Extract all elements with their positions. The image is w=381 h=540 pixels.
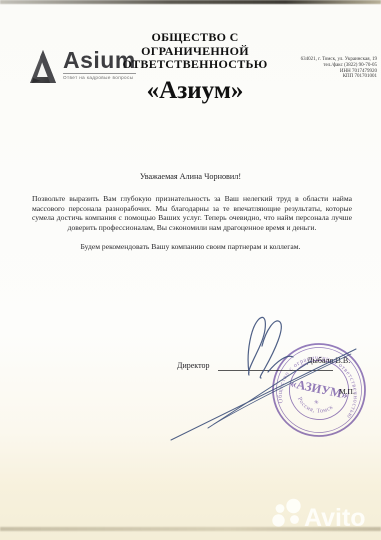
org-form-line3: ОТВЕТСТВЕННОСТЬЮ (105, 58, 285, 72)
stamp-decor-icon: ✳ (313, 399, 319, 407)
avito-dot-icon (286, 499, 300, 513)
photo-top-edge (0, 0, 381, 4)
org-form-line2: ОГРАНИЧЕННОЙ (105, 45, 285, 59)
contact-block: 634021, г. Томск, ул. Украинская, 19 тел… (267, 57, 377, 80)
asium-triangle-icon (29, 48, 59, 86)
contact-kpp: КПП 701701001 (267, 74, 377, 80)
salutation: Уважаемая Алина Чорновил! (0, 172, 381, 181)
letter-paragraph: Позвольте выразить Вам глубокую признате… (32, 194, 352, 232)
avito-dot-icon (290, 515, 299, 524)
org-name: «Азиум» (105, 78, 285, 104)
avito-dot-icon (272, 514, 284, 526)
org-header: ОБЩЕСТВО С ОГРАНИЧЕННОЙ ОТВЕТСТВЕННОСТЬЮ… (105, 31, 285, 104)
photo-bottom-edge (0, 527, 381, 531)
letter-document: Asium Ответ на кадровые вопросы ОБЩЕСТВО… (0, 0, 381, 540)
letter-closing: Будем рекомендовать Вашу компанию своим … (0, 242, 381, 251)
signer-title: Директор (177, 361, 209, 370)
company-stamp: Общество с ограниченной ответственностью… (269, 340, 369, 440)
avito-dot-icon (276, 504, 285, 513)
org-form-line1: ОБЩЕСТВО С (105, 31, 285, 45)
